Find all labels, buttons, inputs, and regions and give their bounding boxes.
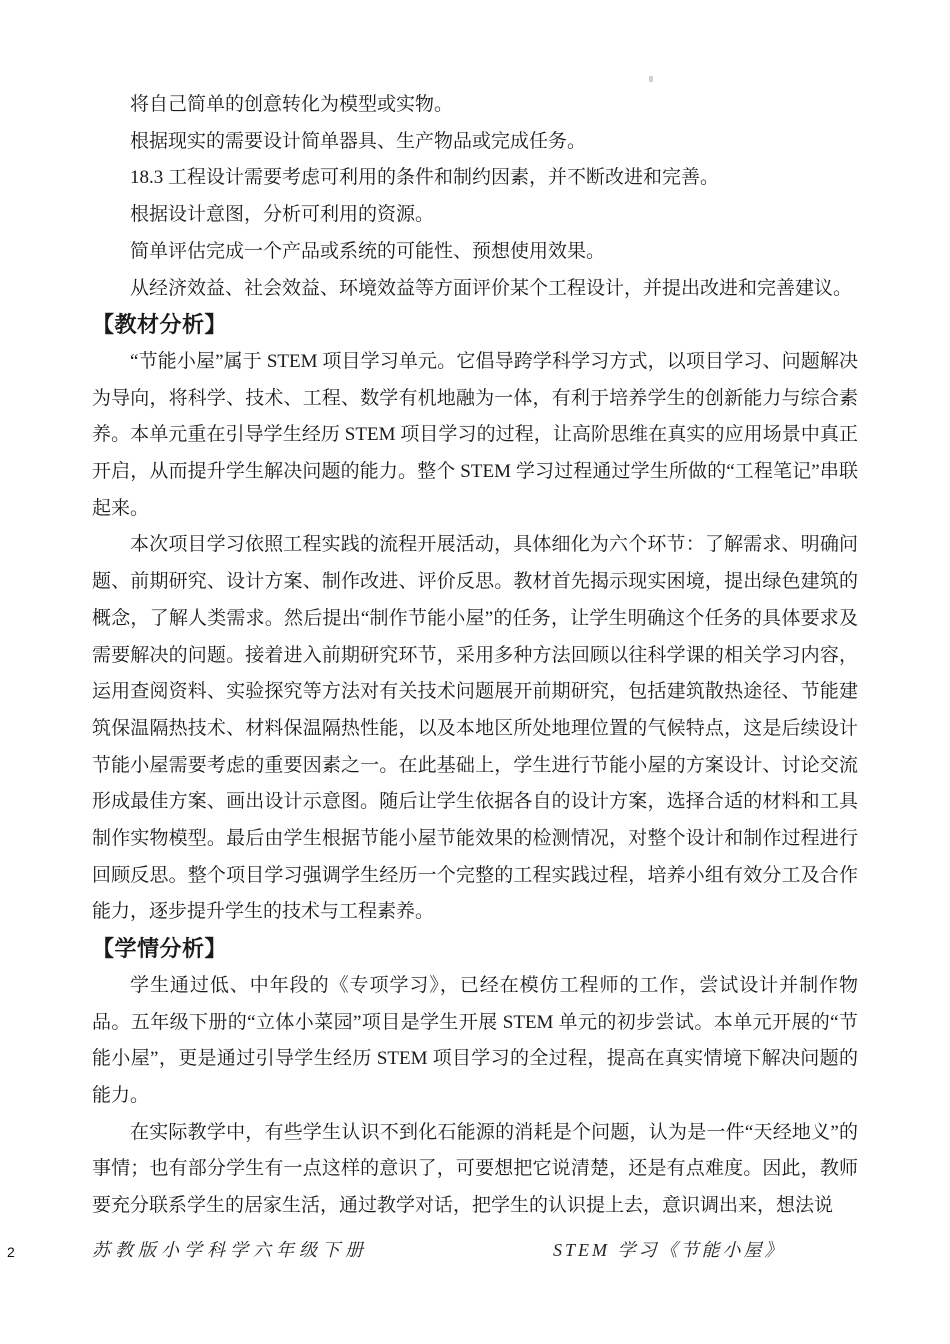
paragraph-material-analysis-2: 本次项目学习依照工程实践的流程开展活动，具体细化为六个环节：了解需求、明确问题、…: [92, 527, 858, 931]
intro-line: 根据现实的需要设计简单器具、生产物品或完成任务。: [92, 124, 858, 161]
footer-unit-title: STEM 学习《节能小屋》: [553, 1236, 786, 1262]
intro-line: 从经济效益、社会效益、环境效益等方面评价某个工程设计，并提出改进和完善建议。: [92, 271, 858, 308]
document-page: 将自己简单的创意转化为模型或实物。 根据现实的需要设计简单器具、生产物品或完成任…: [0, 0, 950, 1344]
footer-book-title: 苏教版小学科学六年级下册: [92, 1236, 368, 1262]
intro-line: 18.3 工程设计需要考虑可利用的条件和制约因素，并不断改进和完善。: [92, 160, 858, 197]
document-body: 将自己简单的创意转化为模型或实物。 根据现实的需要设计简单器具、生产物品或完成任…: [92, 87, 858, 1225]
section-heading-material-analysis: 【教材分析】: [92, 307, 858, 344]
paragraph-learner-analysis-2: 在实际教学中，有些学生认识不到化石能源的消耗是个问题，认为是一件“天经地义”的事…: [92, 1115, 858, 1225]
intro-line: 简单评估完成一个产品或系统的可能性、预想使用效果。: [92, 234, 858, 271]
section-heading-learner-analysis: 【学情分析】: [92, 931, 858, 968]
page-footer: 苏教版小学科学六年级下册 STEM 学习《节能小屋》: [92, 1236, 858, 1266]
intro-line: 将自己简单的创意转化为模型或实物。: [92, 87, 858, 124]
paragraph-material-analysis-1: “节能小屋”属于 STEM 项目学习单元。它倡导跨学科学习方式，以项目学习、问题…: [92, 344, 858, 528]
scan-artifact-dot: [649, 76, 653, 82]
intro-line: 根据设计意图，分析可利用的资源。: [92, 197, 858, 234]
page-number: 2: [7, 1244, 15, 1260]
paragraph-learner-analysis-1: 学生通过低、中年段的《专项学习》，已经在模仿工程师的工作，尝试设计并制作物品。五…: [92, 968, 858, 1115]
